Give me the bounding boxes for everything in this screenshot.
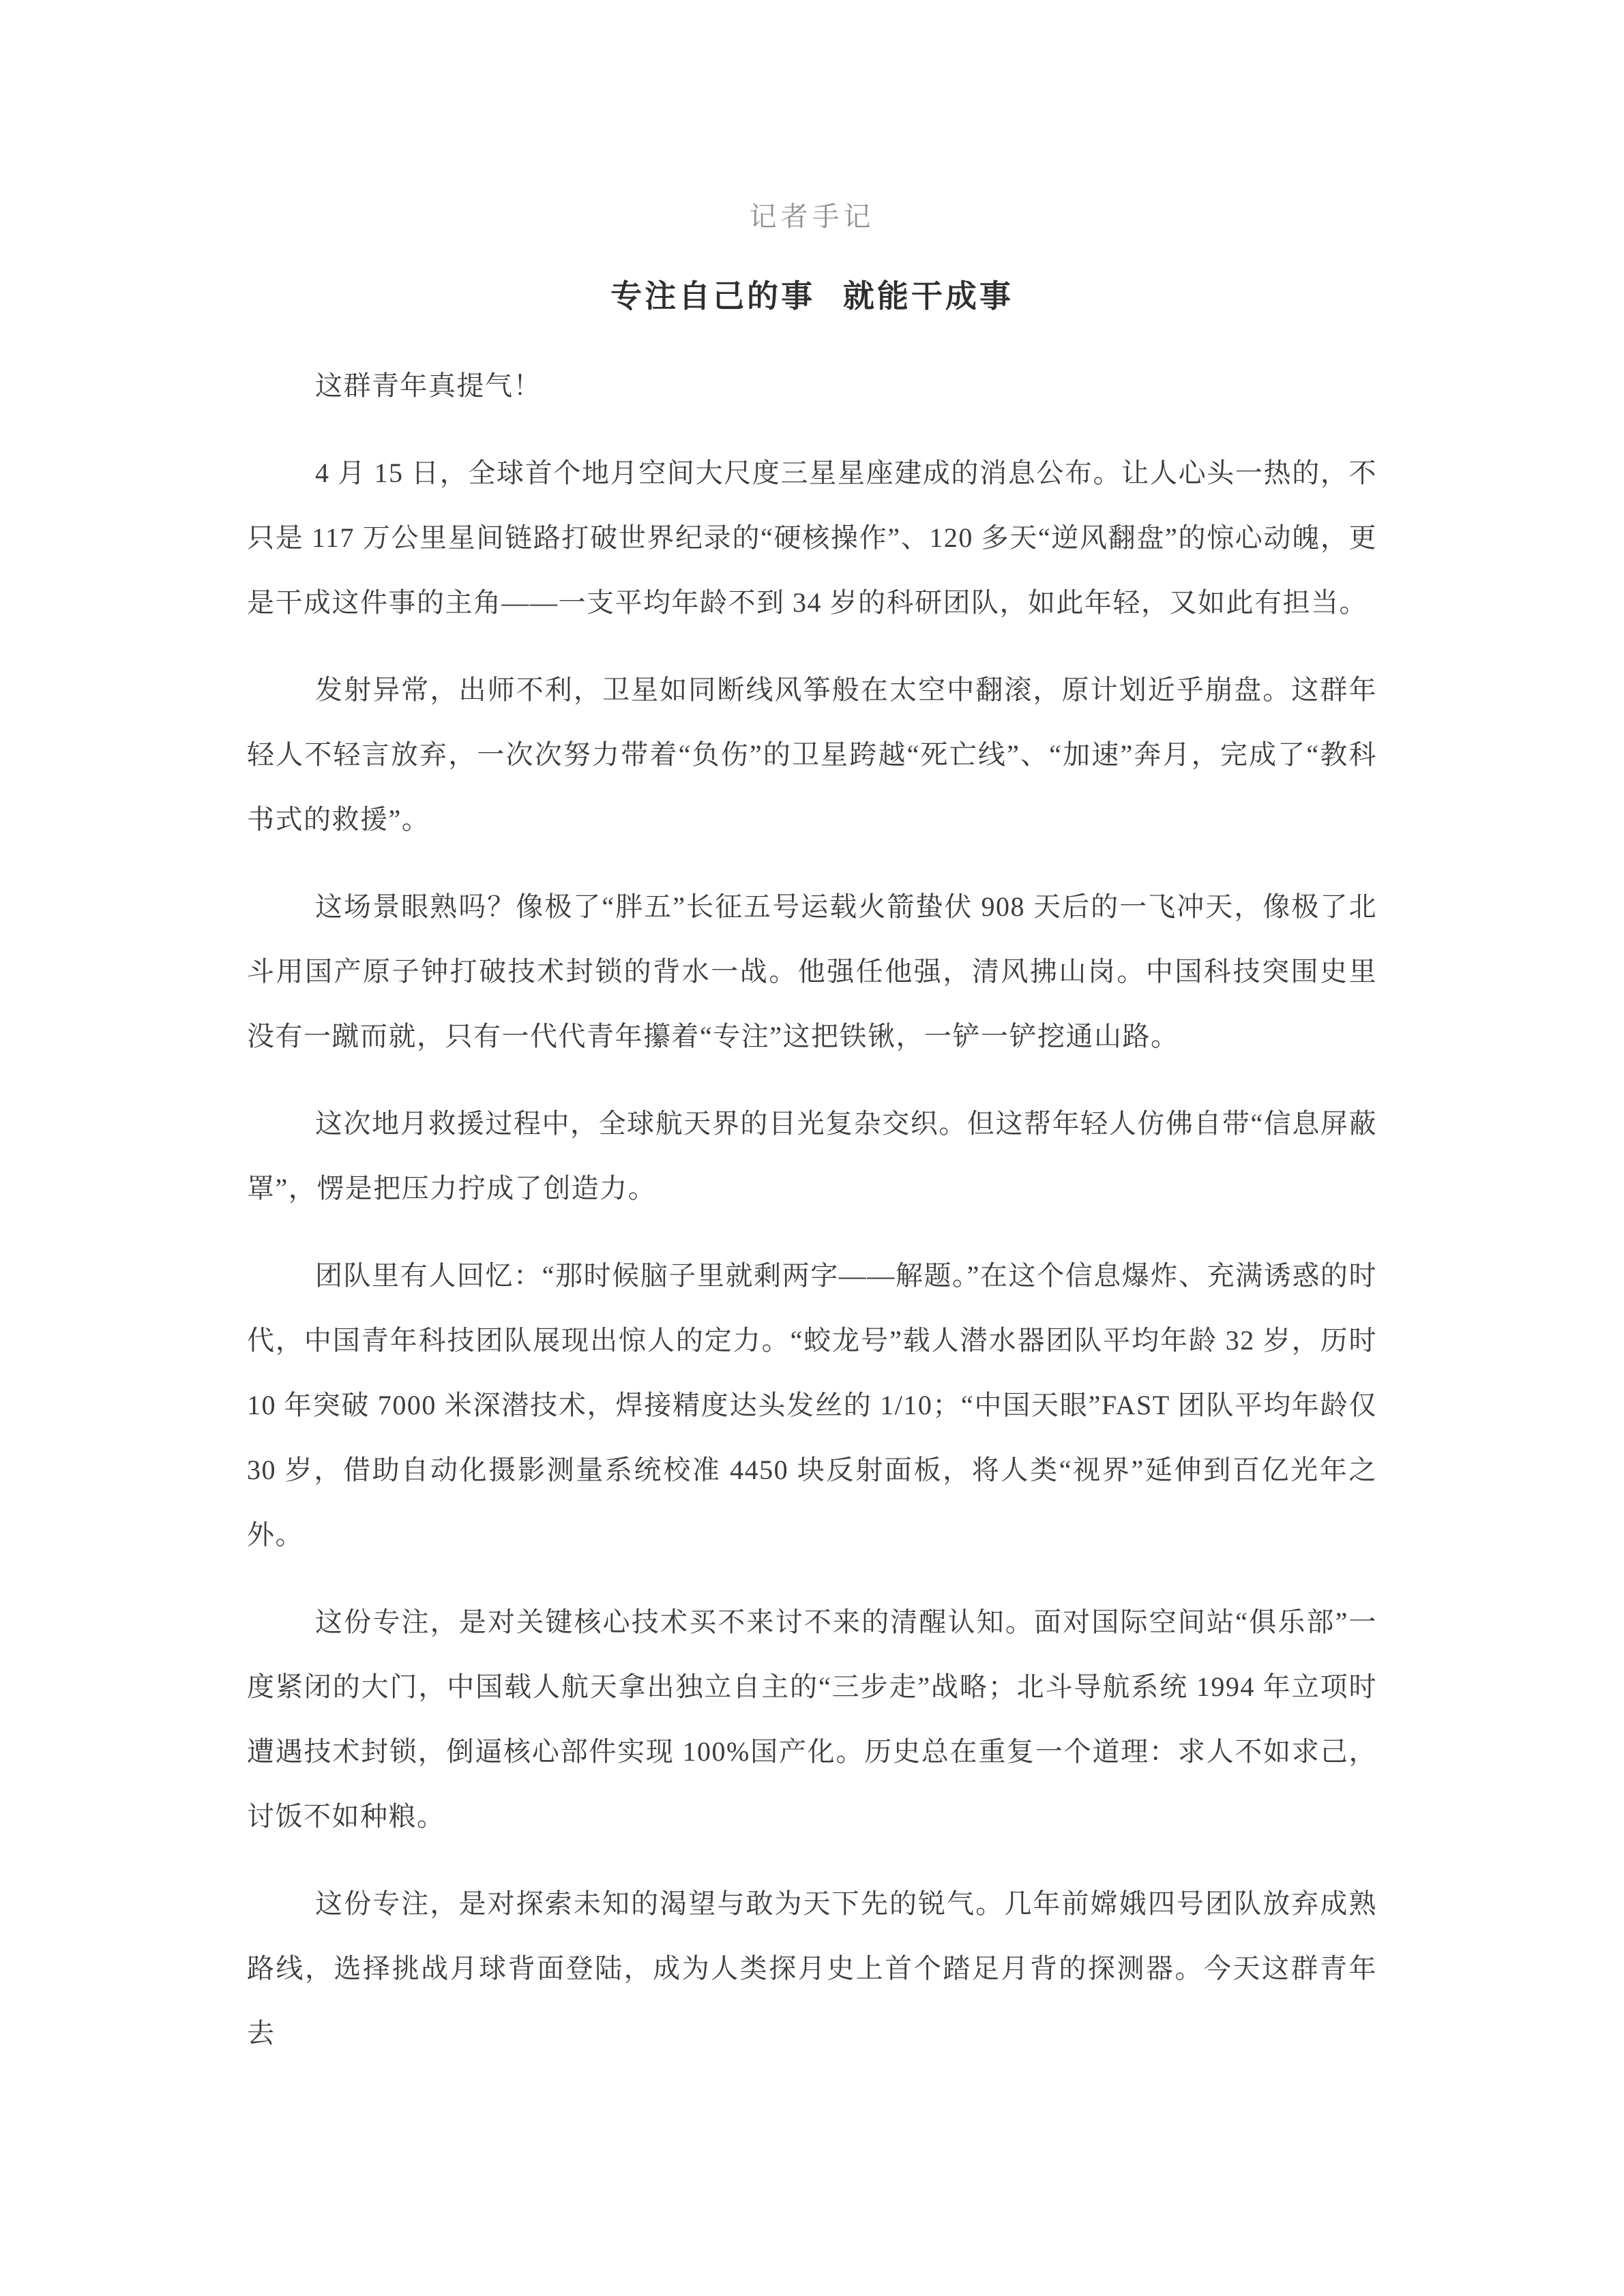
article-title: 专注自己的事 就能干成事 [247, 263, 1377, 331]
paragraph: 这次地月救援过程中，全球航天界的目光复杂交织。但这帮年轻人仿佛自带“信息屏蔽罩”… [247, 1091, 1377, 1221]
paragraph: 这场景眼熟吗？像极了“胖五”长征五号运载火箭蛰伏 908 天后的一飞冲天，像极了… [247, 874, 1377, 1069]
paragraph: 这群青年真提气！ [247, 353, 1377, 418]
document-page: 记者手记 专注自己的事 就能干成事 这群青年真提气！4 月 15 日，全球首个地… [0, 0, 1624, 2296]
kicker-label: 记者手记 [247, 184, 1377, 249]
paragraph: 这份专注，是对关键核心技术买不来讨不来的清醒认知。面对国际空间站“俱乐部”一度紧… [247, 1590, 1377, 1849]
paragraph: 4 月 15 日，全球首个地月空间大尺度三星星座建成的消息公布。让人心头一热的，… [247, 441, 1377, 635]
article-body: 这群青年真提气！4 月 15 日，全球首个地月空间大尺度三星星座建成的消息公布。… [247, 353, 1377, 2066]
paragraph: 团队里有人回忆：“那时候脑子里就剩两字——解题。”在这个信息爆炸、充满诱惑的时代… [247, 1243, 1377, 1567]
paragraph: 发射异常，出师不利，卫星如同断线风筝般在太空中翻滚，原计划近乎崩盘。这群年轻人不… [247, 657, 1377, 852]
paragraph: 这份专注，是对探索未知的渴望与敢为天下先的锐气。几年前嫦娥四号团队放弃成熟路线，… [247, 1871, 1377, 2066]
